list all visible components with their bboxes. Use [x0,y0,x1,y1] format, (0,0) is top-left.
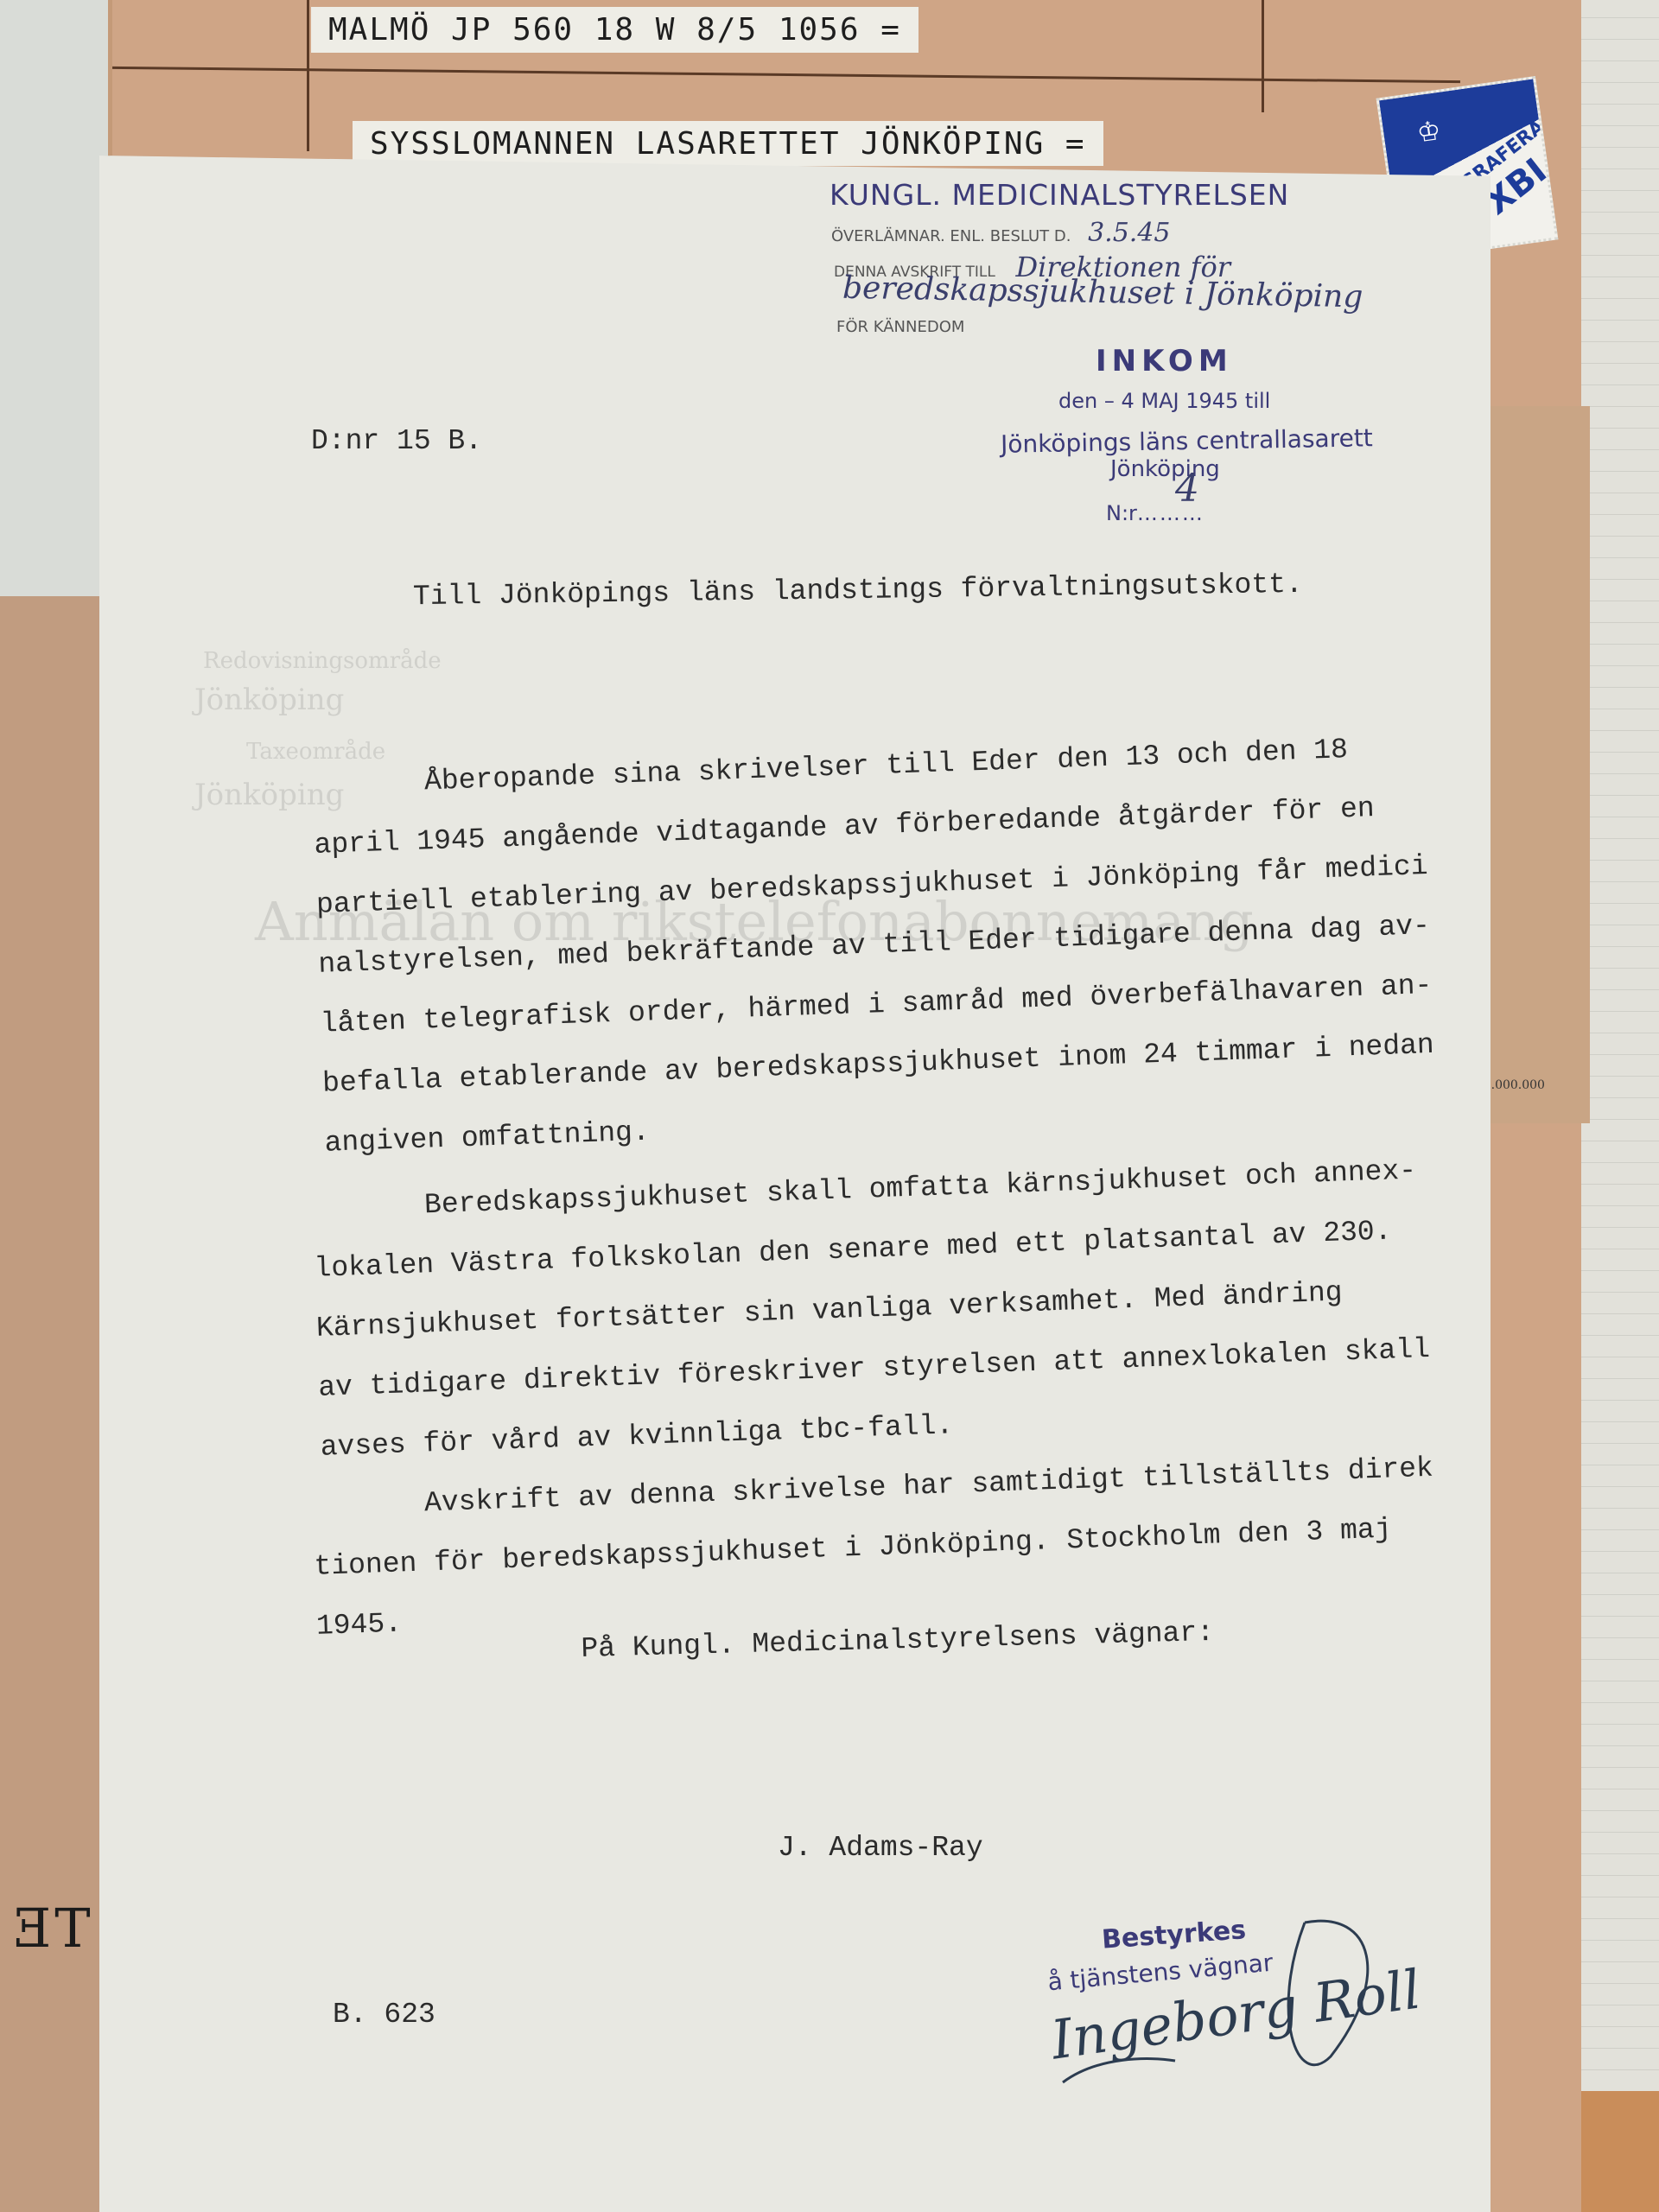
signatory-name: J. Adams-Ray [778,1832,983,1864]
paragraph-2: Beredskapssjukhuset skall omfatta kärnsj… [311,1139,1496,1478]
label: N:r [1106,501,1137,525]
left-page [0,0,108,605]
authority-line-1: ÖVERLÄMNAR. ENL. BESLUT D. 3.5.45 [831,218,1171,248]
received-title: INKOM [1096,344,1233,378]
form-rule [1262,0,1264,112]
reference-number: D:nr 15 B. [311,425,482,457]
handwritten-number: 4 [1175,467,1199,511]
telegram-tape-line-2: SYSSLOMANNEN LASARETTET JÖNKÖPING = [353,121,1103,166]
authority-title: KUNGL. MEDICINALSTYRELSEN [829,178,1289,212]
left-cover [0,596,108,2212]
label: FÖR KÄNNEDOM [836,318,964,336]
form-rule [307,0,309,151]
received-date: den – 4 MAJ 1945 till [1058,389,1270,413]
telegram-tape-line-1: MALMÖ JP 560 18 W 8/5 1056 = [311,7,918,53]
file-code: B. 623 [333,1999,435,2031]
label: ÖVERLÄMNAR. ENL. BESLUT D. [831,227,1071,245]
paragraph-1: Åberopande sina skrivelser till Eder den… [311,715,1500,1173]
handwritten-date: 3.5.45 [1088,218,1170,248]
received-city: Jönköping [1110,456,1220,482]
form-rule [112,67,1460,83]
signature-flourish [1046,1910,1408,2108]
ghost-value: Jönköping [194,683,344,717]
spine-label: TE [9,1897,91,1960]
ghost-label: Redovisningsområde [203,648,442,674]
